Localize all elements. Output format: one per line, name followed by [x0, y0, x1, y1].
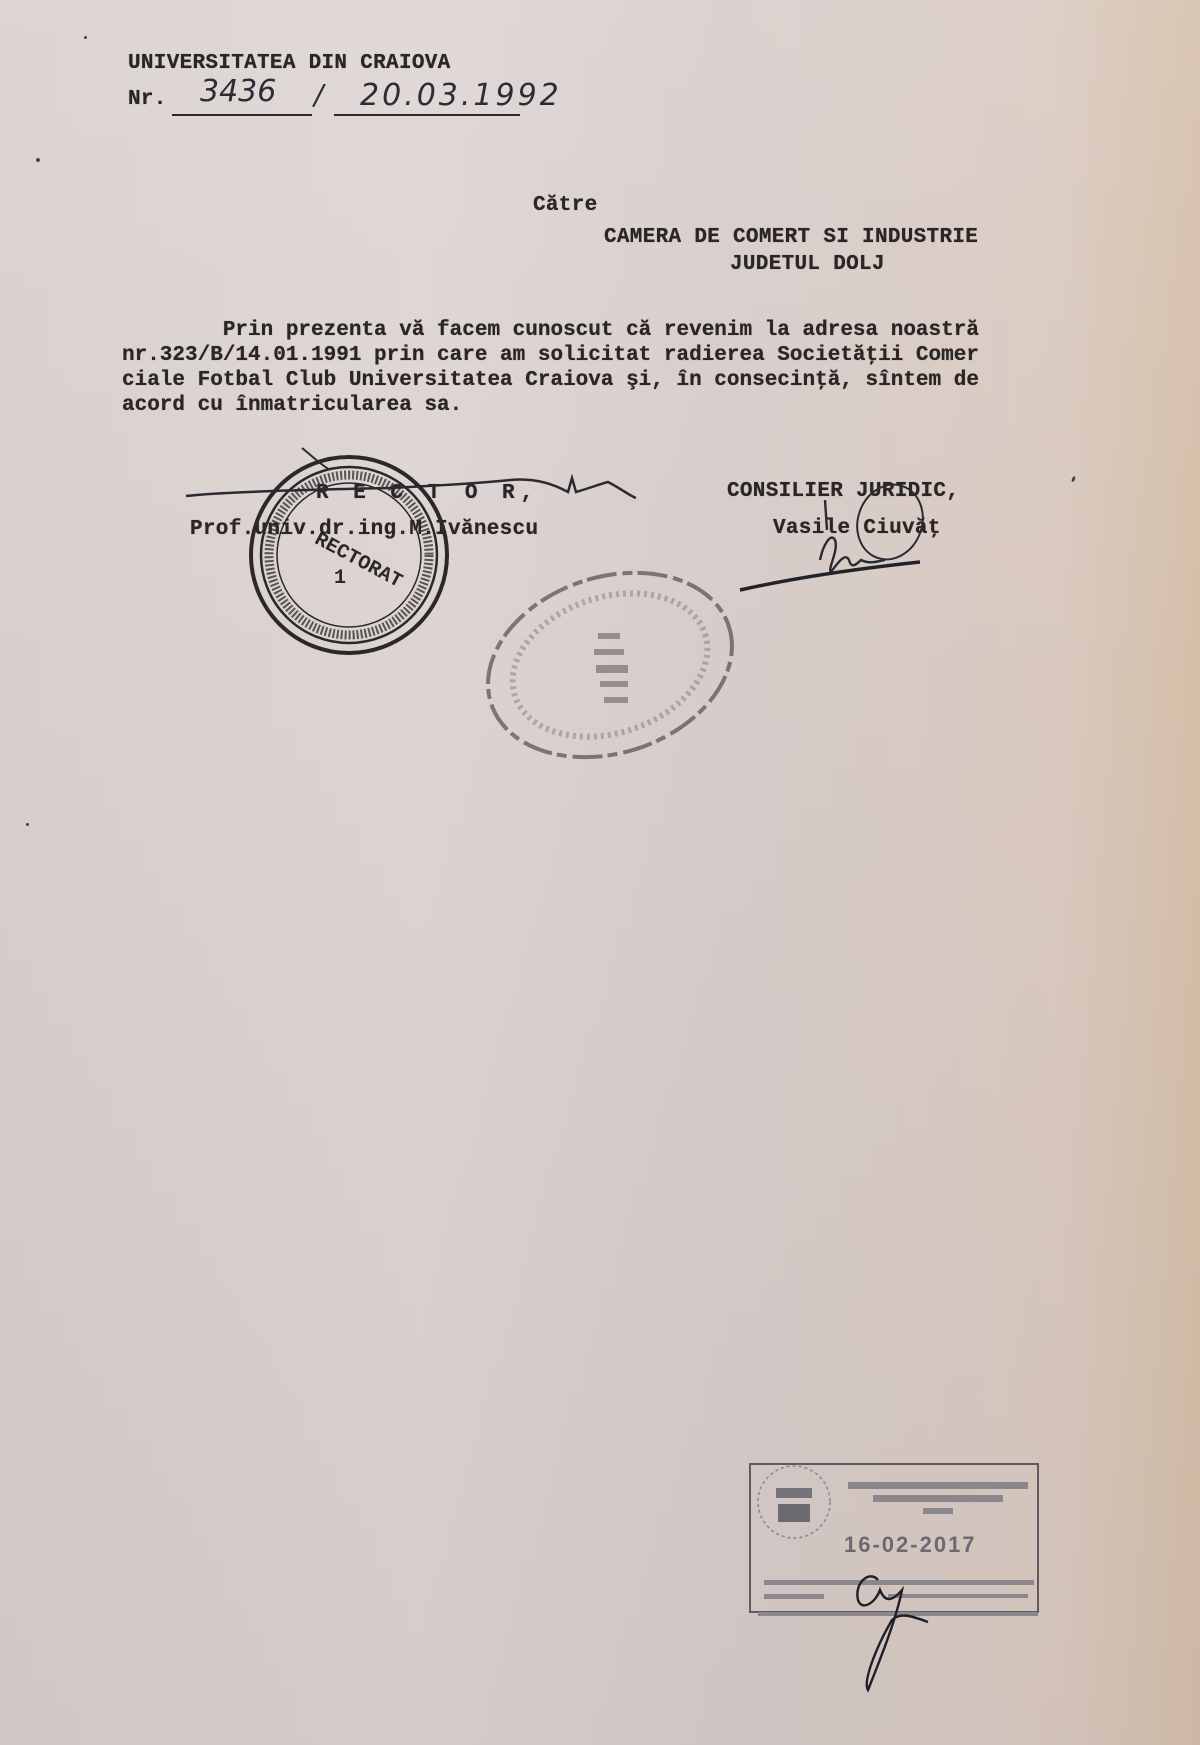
registry-stamp-date: 16-02-2017 — [844, 1532, 977, 1557]
recipient-salutation: Către — [533, 194, 598, 217]
body-line: ciale Fotbal Club Universitatea Craiova … — [122, 368, 1182, 393]
legal-counsel-signature — [735, 490, 955, 600]
registry-signature — [840, 1560, 940, 1700]
number-underline — [172, 114, 312, 116]
registration-number: 3436 — [200, 74, 276, 109]
rectorat-round-stamp: RECTORAT 1 — [246, 455, 456, 655]
letter-body: Prin prezenta vă facem cunoscut că reven… — [122, 318, 1182, 418]
registration-date: 20.03.1992 — [360, 78, 562, 113]
paper-speck — [26, 823, 29, 826]
date-underline — [334, 114, 520, 116]
faded-oval-stamp — [470, 565, 730, 765]
recipient-line-1: CAMERA DE COMERT SI INDUSTRIE — [604, 226, 978, 249]
stamp-center-text: RECTORAT — [310, 528, 406, 593]
body-line: Prin prezenta vă facem cunoscut că reven… — [122, 318, 1182, 343]
paper-speck — [1071, 476, 1076, 483]
issuer-name: UNIVERSITATEA DIN CRAIOVA — [128, 52, 451, 75]
stamp-number: 1 — [334, 567, 346, 590]
body-line: acord cu înmatricularea sa. — [122, 393, 1182, 418]
paper-speck — [84, 36, 87, 39]
body-line: nr.323/B/14.01.1991 prin care am solicit… — [122, 343, 1182, 368]
number-separator: / — [314, 78, 323, 111]
recipient-line-2: JUDETUL DOLJ — [730, 253, 885, 276]
paper-speck — [36, 158, 40, 162]
number-label: Nr. — [128, 88, 167, 111]
